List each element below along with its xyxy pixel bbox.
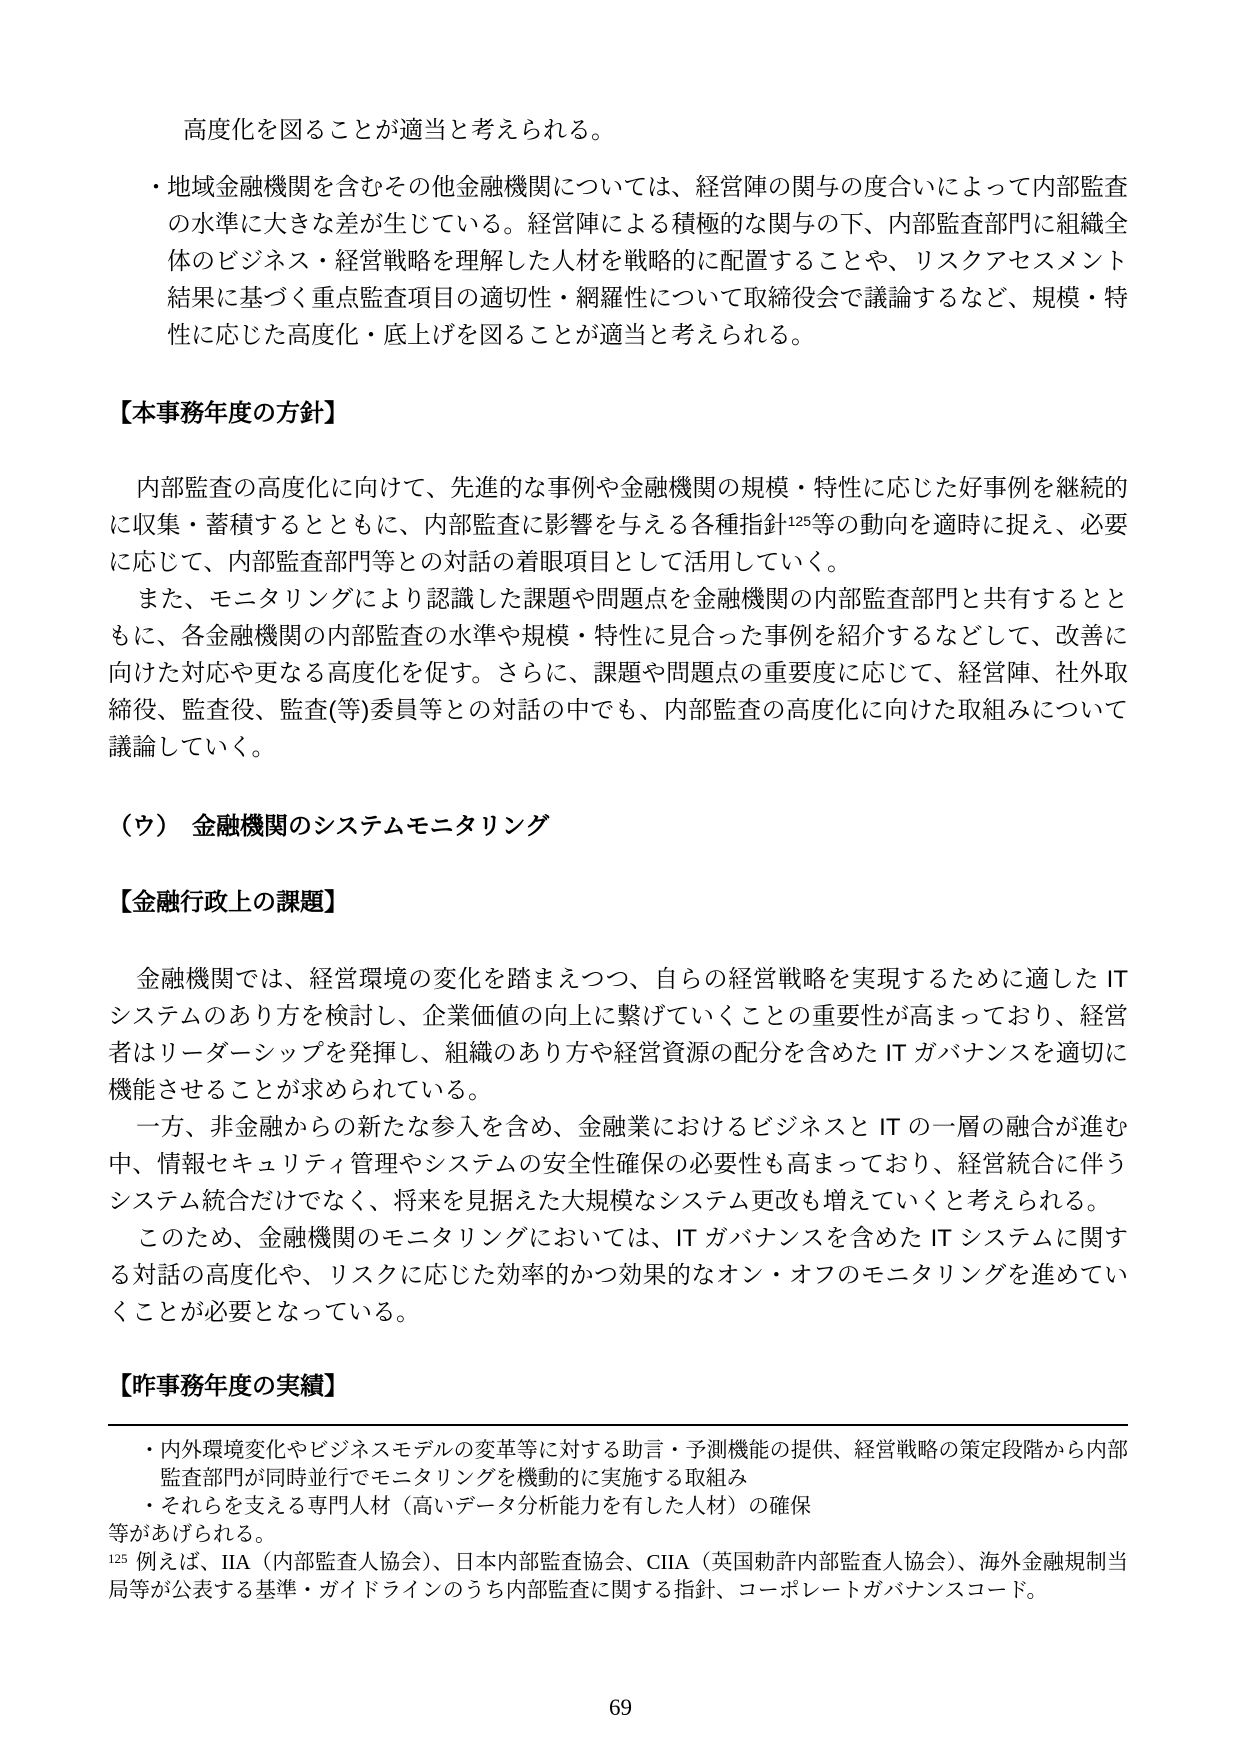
footnote-ref-125: 125	[788, 513, 811, 529]
issues-heading: 【金融行政上の課題】	[108, 884, 1128, 921]
footnote-125-text: 例えば、IIA（内部監査人協会）、日本内部監査協会、CIIA（英国勅許内部監査人…	[108, 1550, 1128, 1602]
footnotes: ・ 内外環境変化やビジネスモデルの変革等に対する助言・予測機能の提供、経営戦略の…	[108, 1436, 1128, 1604]
continuation-paragraph: 高度化を図ることが適当と考えられる。	[183, 112, 1128, 149]
issues-paragraph-2: 一方、非金融からの新たな参入を含め、金融業におけるビジネスと IT の一層の融合…	[108, 1109, 1128, 1220]
document-body: 高度化を図ることが適当と考えられる。 ・ 地域金融機関を含むその他金融機関につい…	[108, 112, 1128, 1604]
bullet-marker: ・	[144, 169, 168, 206]
footnote-continuation-tail: 等があげられる。	[108, 1520, 1128, 1548]
footnote-125-marker: 125	[108, 1551, 128, 1566]
policy-heading: 【本事務年度の方針】	[108, 395, 1128, 432]
issues-paragraph-1: 金融機関では、経営環境の変化を踏まえつつ、自らの経営戦略を実現するために適した …	[108, 961, 1128, 1109]
bullet-item: ・ 地域金融機関を含むその他金融機関については、経営陣の関与の度合いによって内部…	[108, 169, 1128, 354]
results-heading: 【昨事務年度の実績】	[108, 1368, 1128, 1405]
footnote-bullet-marker: ・	[139, 1436, 160, 1464]
policy-paragraph-2: また、モニタリングにより認識した課題や問題点を金融機関の内部監査部門と共有すると…	[108, 581, 1128, 766]
bullet-text: 地域金融機関を含むその他金融機関については、経営陣の関与の度合いによって内部監査…	[167, 174, 1128, 349]
policy-paragraph-1: 内部監査の高度化に向けて、先進的な事例や金融機関の規模・特性に応じた好事例を継続…	[108, 470, 1128, 581]
document-page: 高度化を図ることが適当と考えられる。 ・ 地域金融機関を含むその他金融機関につい…	[0, 0, 1241, 1754]
footnote-bullet-text: 内外環境変化やビジネスモデルの変革等に対する助言・予測機能の提供、経営戦略の策定…	[160, 1438, 1128, 1490]
footnote-continuation-item: ・ 内外環境変化やビジネスモデルの変革等に対する助言・予測機能の提供、経営戦略の…	[108, 1436, 1128, 1492]
footnote-continuation-item: ・ それらを支える専門人材（高いデータ分析能力を有した人材）の確保	[108, 1492, 1128, 1520]
page-number: 69	[0, 1694, 1241, 1722]
footnote-bullet-text: それらを支える専門人材（高いデータ分析能力を有した人材）の確保	[160, 1494, 811, 1518]
section-heading-system-monitoring: （ウ） 金融機関のシステムモニタリング	[108, 808, 1128, 845]
footnote-bullet-marker: ・	[139, 1492, 160, 1520]
footnote-separator	[108, 1424, 1128, 1426]
footnote-125: 125例えば、IIA（内部監査人協会）、日本内部監査協会、CIIA（英国勅許内部…	[108, 1548, 1128, 1604]
issues-paragraph-3: このため、金融機関のモニタリングにおいては、IT ガバナンスを含めた IT シス…	[108, 1220, 1128, 1331]
